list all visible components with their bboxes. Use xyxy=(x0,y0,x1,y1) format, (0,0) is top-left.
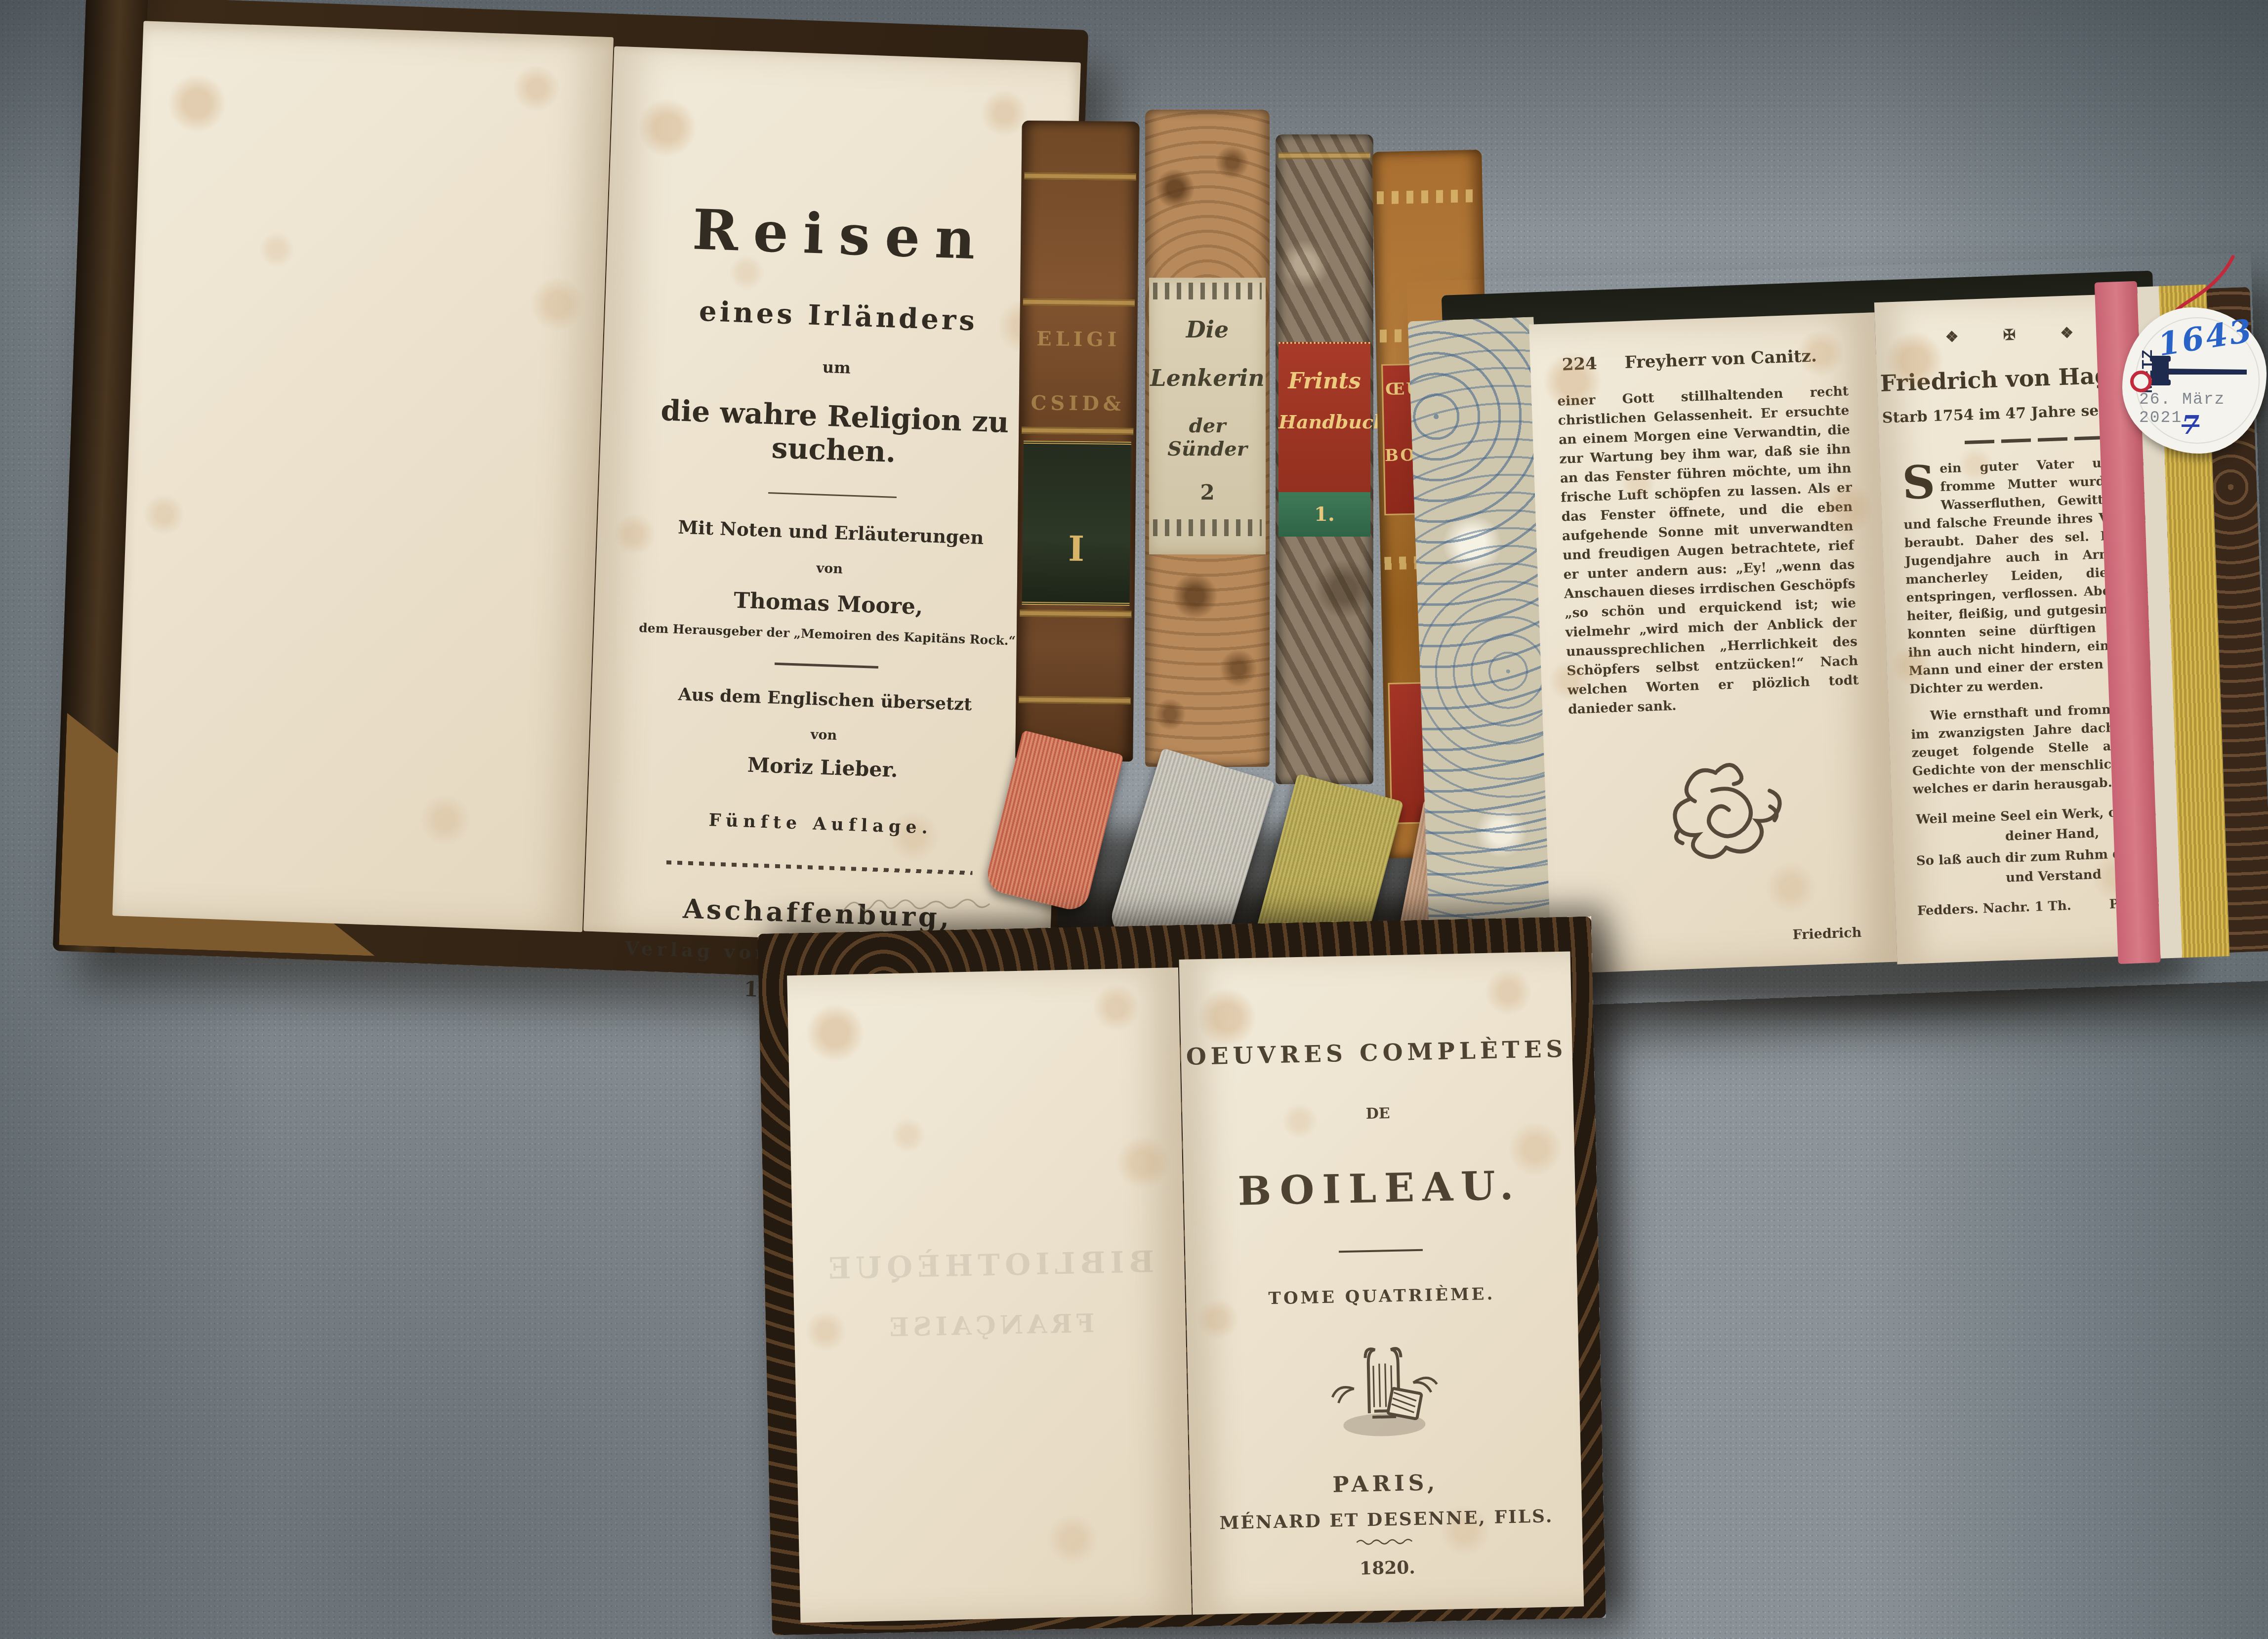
edition-line: Fünfte Auflage. xyxy=(587,806,1054,842)
gilt-band xyxy=(1025,172,1136,180)
page-224-body: einer Gott stillhaltenden recht christli… xyxy=(1531,364,1889,720)
label-ornament-border xyxy=(1153,519,1262,536)
book-subtitle-1: eines Irländers xyxy=(605,292,1072,340)
bottom-open-book: BIBLIOTHÈQUE FRANÇAISE OEUVRES COMPLÈTES… xyxy=(757,916,1606,1635)
gilt-band xyxy=(1020,610,1131,618)
imprint-publisher: MÉNARD ET DESENNE, FILS. xyxy=(1191,1505,1582,1534)
imprint-year: 1820. xyxy=(1192,1554,1583,1583)
photo-antique-books-on-felt: Reisen eines Irländers um die wahre Reli… xyxy=(0,0,2268,1639)
ghost-line: FRANÇAISE xyxy=(794,1306,1186,1345)
spine-1-volume-label: I xyxy=(1022,441,1131,606)
editor-line: dem Herausgeber der „Memoiren des Kapitä… xyxy=(594,619,1061,650)
imprint-city: PARIS, xyxy=(1190,1467,1581,1501)
translator-name: Moriz Lieber. xyxy=(589,748,1056,788)
label-ornament-border xyxy=(1153,283,1262,299)
translation-line: Aus dem Englischen übersetzt xyxy=(591,681,1059,718)
rocaille-vignette-icon xyxy=(1658,751,1790,874)
spine-1-faded-title-top: ELIGI xyxy=(1020,327,1137,351)
date-stamp: 26. März 2021 xyxy=(2139,390,2267,427)
book-title: Reisen xyxy=(607,194,1075,275)
footer-reference: Fedders. Nachr. 1 Th. xyxy=(1917,898,2071,919)
spine-3-volume-band: 1. xyxy=(1278,492,1370,537)
spine-3-title-line: Handbuch. xyxy=(1278,411,1370,433)
left-open-book: Reisen eines Irländers um die wahre Reli… xyxy=(53,0,1088,986)
gilt-band xyxy=(1278,152,1370,159)
catchword: Friedrich xyxy=(1792,925,1862,943)
handwritten-inscription-icon xyxy=(838,885,1007,926)
lyre-vignette-icon xyxy=(1323,1333,1444,1439)
show-through-ghost-text: BIBLIOTHÈQUE FRANÇAISE xyxy=(793,1244,1186,1345)
bottom-book-blank-page: BIBLIOTHÈQUE FRANÇAISE xyxy=(787,967,1192,1623)
von-line: von xyxy=(596,553,1064,585)
right-book-page-224: 224 Freyherr von Canitz. einer Gott stil… xyxy=(1529,312,1897,974)
price-note-crossed: 7 xyxy=(2182,410,2199,440)
header-spacer xyxy=(1844,345,1845,365)
spine-3-title-label: Frints Handbuch. xyxy=(1278,342,1370,494)
standing-book-1-spine: ELIGI CSID& I xyxy=(1015,121,1140,761)
drop-cap: S xyxy=(1901,460,1940,502)
spine-2-title-line: Lenkerin xyxy=(1149,365,1266,391)
ghost-line: BIBLIOTHÈQUE xyxy=(793,1244,1185,1287)
boileau-title-line: OEUVRES COMPLÈTES xyxy=(1181,1035,1572,1071)
tag-string-hole xyxy=(2130,371,2152,392)
spine-3-title-line: Frints xyxy=(1278,369,1370,394)
spine-2-volume-number: 2 xyxy=(1149,480,1266,504)
ornament-rule xyxy=(666,860,972,875)
auction-lot-tag: METZ 1643 26. März 2021 7 xyxy=(2122,307,2267,454)
book-subtitle-um: um xyxy=(603,350,1071,385)
bottom-book-title-page: OEUVRES COMPLÈTES DE BOILEAU. TOME QUATR… xyxy=(1179,951,1584,1614)
rule-divider xyxy=(768,492,897,498)
page-number: 224 xyxy=(1562,354,1597,375)
spine-2-title-line: der Sünder xyxy=(1149,414,1266,461)
gilt-band xyxy=(1019,696,1130,704)
boileau-author-line: BOILEAU. xyxy=(1183,1161,1575,1216)
gilt-ornament-band xyxy=(1377,189,1479,204)
standing-book-3-spine: Frints Handbuch. 1. xyxy=(1276,134,1373,784)
tome-line: TOME QUATRIÈME. xyxy=(1186,1282,1578,1310)
rule-divider xyxy=(774,663,878,669)
spine-1-faded-title-mid: CSID& xyxy=(1019,391,1137,416)
notes-line: Mit Noten und Erläuterungen xyxy=(597,513,1065,551)
boileau-title-text: OEUVRES COMPLÈTES DE BOILEAU. TOME QUATR… xyxy=(1179,951,1584,1614)
rule-divider xyxy=(1339,1249,1423,1253)
boileau-de-line: DE xyxy=(1182,1101,1574,1127)
left-book-blank-page xyxy=(112,21,614,932)
foxing-spots xyxy=(112,21,614,932)
author-name: Thomas Moore, xyxy=(595,583,1062,625)
gilt-band xyxy=(1023,298,1135,306)
von-line: von xyxy=(590,719,1058,751)
standing-book-2-spine: Die Lenkerin der Sünder 2 xyxy=(1145,110,1270,767)
spine-2-title-line: Die xyxy=(1149,316,1266,343)
spine-1-volume-numeral: I xyxy=(1022,528,1130,570)
gilt-band xyxy=(1022,427,1133,435)
wavy-rule-icon xyxy=(1355,1537,1419,1547)
book-subtitle-2: die wahre Religion zu suchen. xyxy=(600,391,1069,475)
spine-2-title-label: Die Lenkerin der Sünder 2 xyxy=(1149,278,1266,554)
